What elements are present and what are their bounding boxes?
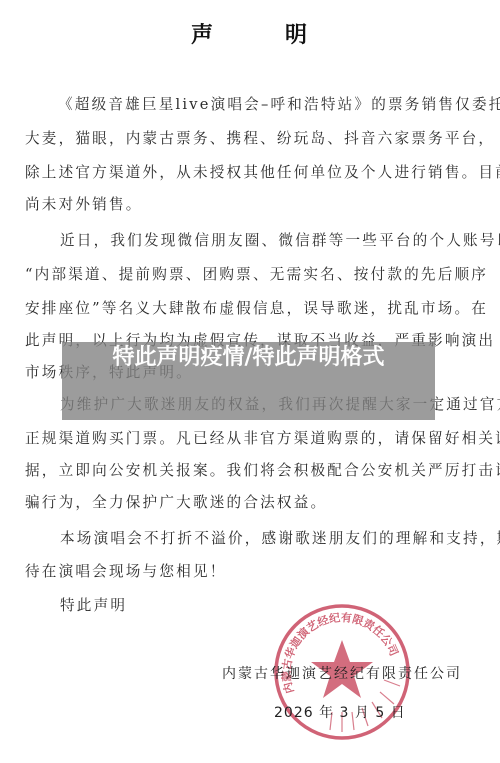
company-name: 内蒙古华迦演艺经纪有限责任公司 xyxy=(222,663,462,683)
paragraph-line: 据，立即向公安机关报案。我们将会积极配合公安机关严厉打击诈 xyxy=(25,462,485,480)
paragraph-line: “内部渠道、提前购票、团购票、无需实名、按付款的先后顺序 xyxy=(25,266,485,284)
paragraph-line: 近日，我们发现微信朋友圈、微信群等一些平台的个人账号以 xyxy=(60,232,500,250)
paragraph-line: 正规渠道购买门票。凡已经从非官方渠道购票的，请保留好相关证 xyxy=(25,430,485,448)
paragraph-line: 尚未对外销售。 xyxy=(25,196,485,214)
caption-text: 特此声明疫情/特此声明格式 xyxy=(62,344,435,371)
statement-document: 声明 《超级音雄巨星live演唱会–呼和浩特站》的票务销售仅委托： 大麦，猫眼，… xyxy=(0,0,500,763)
title-char-left: 声 xyxy=(191,18,215,49)
paragraph-line: 本场演唱会不打折不溢价，感谢歌迷朋友们的理解和支持，期 xyxy=(60,530,500,548)
paragraph-line: 安排座位”等名义大肆散布虚假信息，误导歌迷，扰乱市场。在 xyxy=(25,300,485,318)
paragraph-line: 骗行为，全力保护广大歌迷的合法权益。 xyxy=(25,494,485,512)
paragraph-line: 《超级音雄巨星live演唱会–呼和浩特站》的票务销售仅委托： xyxy=(58,96,500,114)
document-date: 2026 年 3 月 5 日 xyxy=(274,702,406,722)
document-title: 声明 xyxy=(0,18,500,49)
paragraph-line: 大麦，猫眼，内蒙古票务、携程、纷玩岛、抖音六家票务平台， xyxy=(25,130,485,148)
paragraph-line: 待在演唱会现场与您相见！ xyxy=(25,563,485,581)
paragraph-line: 除上述官方渠道外，从未授权其他任何单位及个人进行销售。目前 xyxy=(25,164,485,182)
title-char-right: 明 xyxy=(285,18,309,49)
